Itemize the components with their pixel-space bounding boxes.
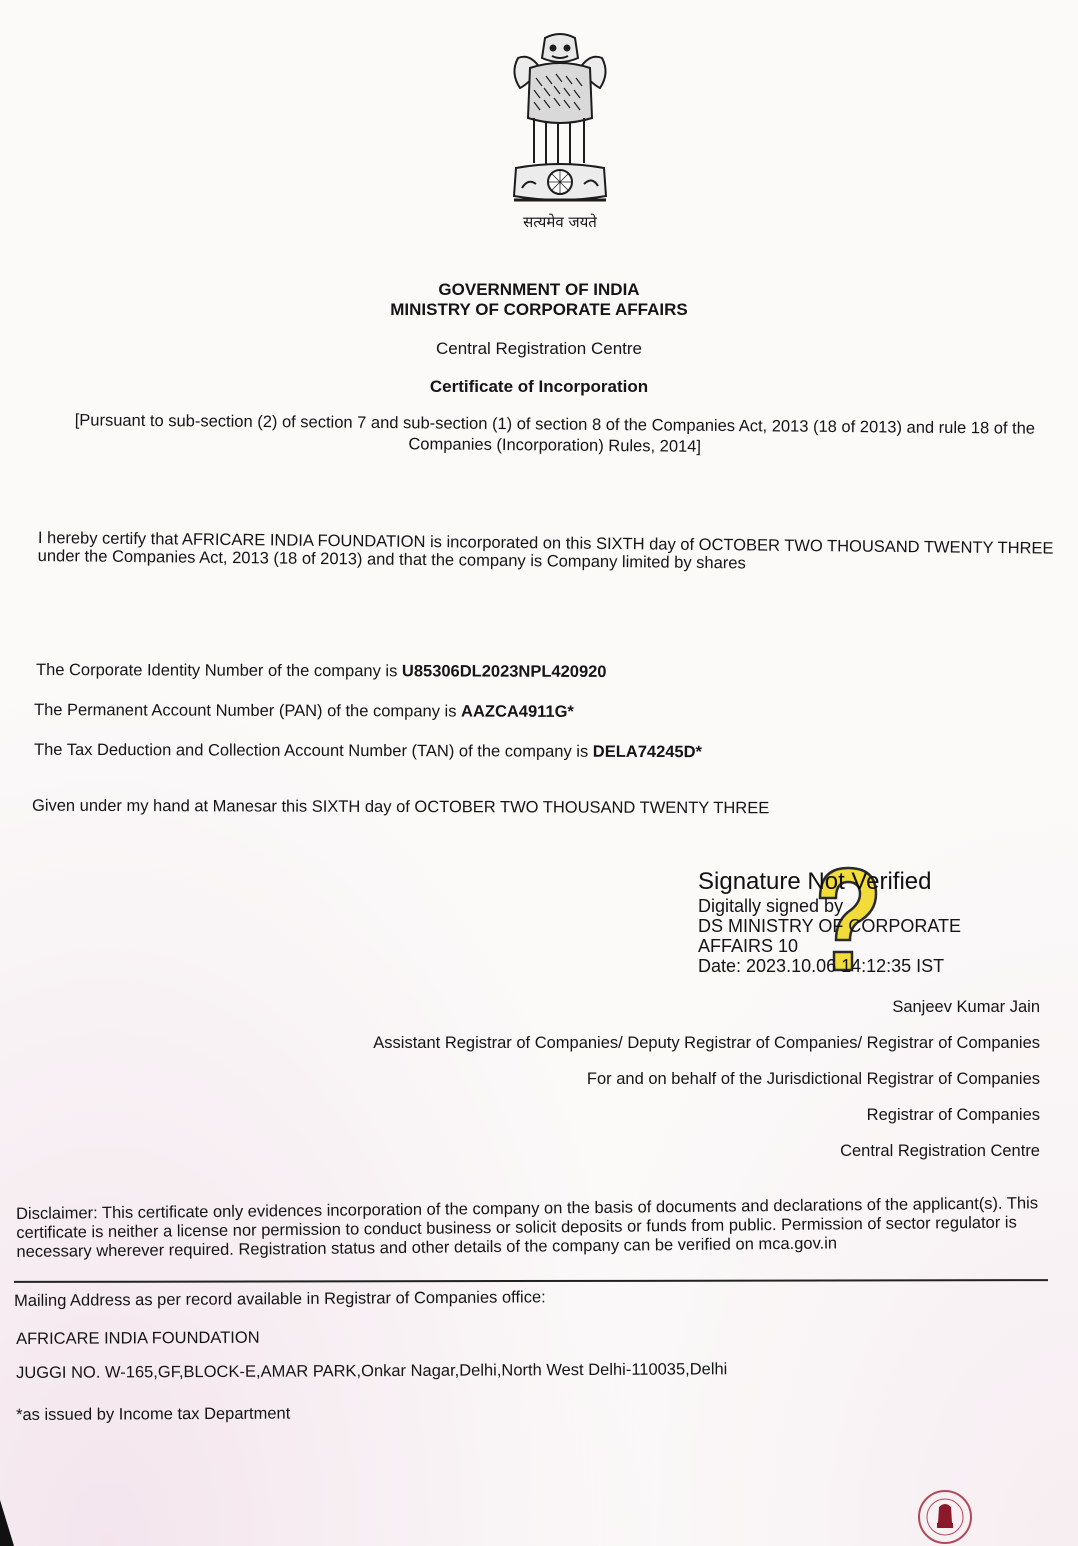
certification-statement: I hereby certify that AFRICARE INDIA FOU… — [38, 529, 1058, 576]
signature-date: Date: 2023.10.06 14:12:35 IST — [698, 956, 1058, 976]
tan-value: DELA74245D* — [593, 743, 702, 761]
pursuant-clause: [Pursuant to sub-section (2) of section … — [40, 410, 1070, 461]
disclaimer: Disclaimer: This certificate only eviden… — [16, 1194, 1047, 1262]
signer-centre: Central Registration Centre — [840, 1142, 1040, 1161]
pan-line: The Permanent Account Number (PAN) of th… — [34, 701, 574, 722]
certificate-page: सत्यमेव जयते GOVERNMENT OF INDIA MINISTR… — [0, 0, 1078, 1546]
pan-label: The Permanent Account Number (PAN) of th… — [34, 701, 461, 720]
header-government-line: GOVERNMENT OF INDIA — [0, 280, 1078, 300]
page-corner-shadow — [0, 1500, 30, 1546]
signer-name: Sanjeev Kumar Jain — [892, 998, 1040, 1017]
mailing-address-label: Mailing Address as per record available … — [14, 1288, 546, 1311]
cin-line: The Corporate Identity Number of the com… — [36, 661, 607, 682]
header-centre: Central Registration Centre — [0, 339, 1078, 359]
mailing-company-name: AFRICARE INDIA FOUNDATION — [16, 1329, 260, 1349]
signature-signed-by: Digitally signed by — [698, 896, 1058, 916]
cin-value: U85306DL2023NPL420920 — [402, 662, 607, 681]
emblem-motto: सत्यमेव जयते — [480, 212, 640, 232]
digital-signature-block: Signature Not Verified Digitally signed … — [698, 868, 1058, 976]
pan-value: AAZCA4911G* — [461, 703, 574, 721]
signature-signer-org: DS MINISTRY OF CORPORATE — [698, 916, 1058, 936]
signature-status: Signature Not Verified — [698, 868, 1058, 896]
national-emblem-icon — [500, 28, 620, 208]
signature-details: Digitally signed by DS MINISTRY OF CORPO… — [698, 896, 1058, 976]
cin-label: The Corporate Identity Number of the com… — [36, 661, 402, 680]
footer-divider — [14, 1279, 1048, 1283]
tan-line: The Tax Deduction and Collection Account… — [34, 741, 702, 762]
signer-behalf: For and on behalf of the Jurisdictional … — [587, 1070, 1040, 1089]
ministry-seal-icon — [910, 1485, 980, 1545]
certificate-title: Certificate of Incorporation — [0, 377, 1078, 397]
header-government: GOVERNMENT OF INDIA MINISTRY OF CORPORAT… — [0, 280, 1078, 320]
signature-signer-org-2: AFFAIRS 10 — [698, 936, 1058, 956]
signer-designation: Assistant Registrar of Companies/ Deputy… — [373, 1034, 1040, 1053]
income-tax-note: *as issued by Income tax Department — [16, 1405, 290, 1425]
tan-label: The Tax Deduction and Collection Account… — [34, 741, 593, 761]
header-ministry-line: MINISTRY OF CORPORATE AFFAIRS — [0, 300, 1078, 320]
given-under-hand: Given under my hand at Manesar this SIXT… — [32, 797, 769, 819]
signer-office: Registrar of Companies — [867, 1106, 1040, 1125]
mailing-address: JUGGI NO. W-165,GF,BLOCK-E,AMAR PARK,Onk… — [16, 1360, 727, 1383]
